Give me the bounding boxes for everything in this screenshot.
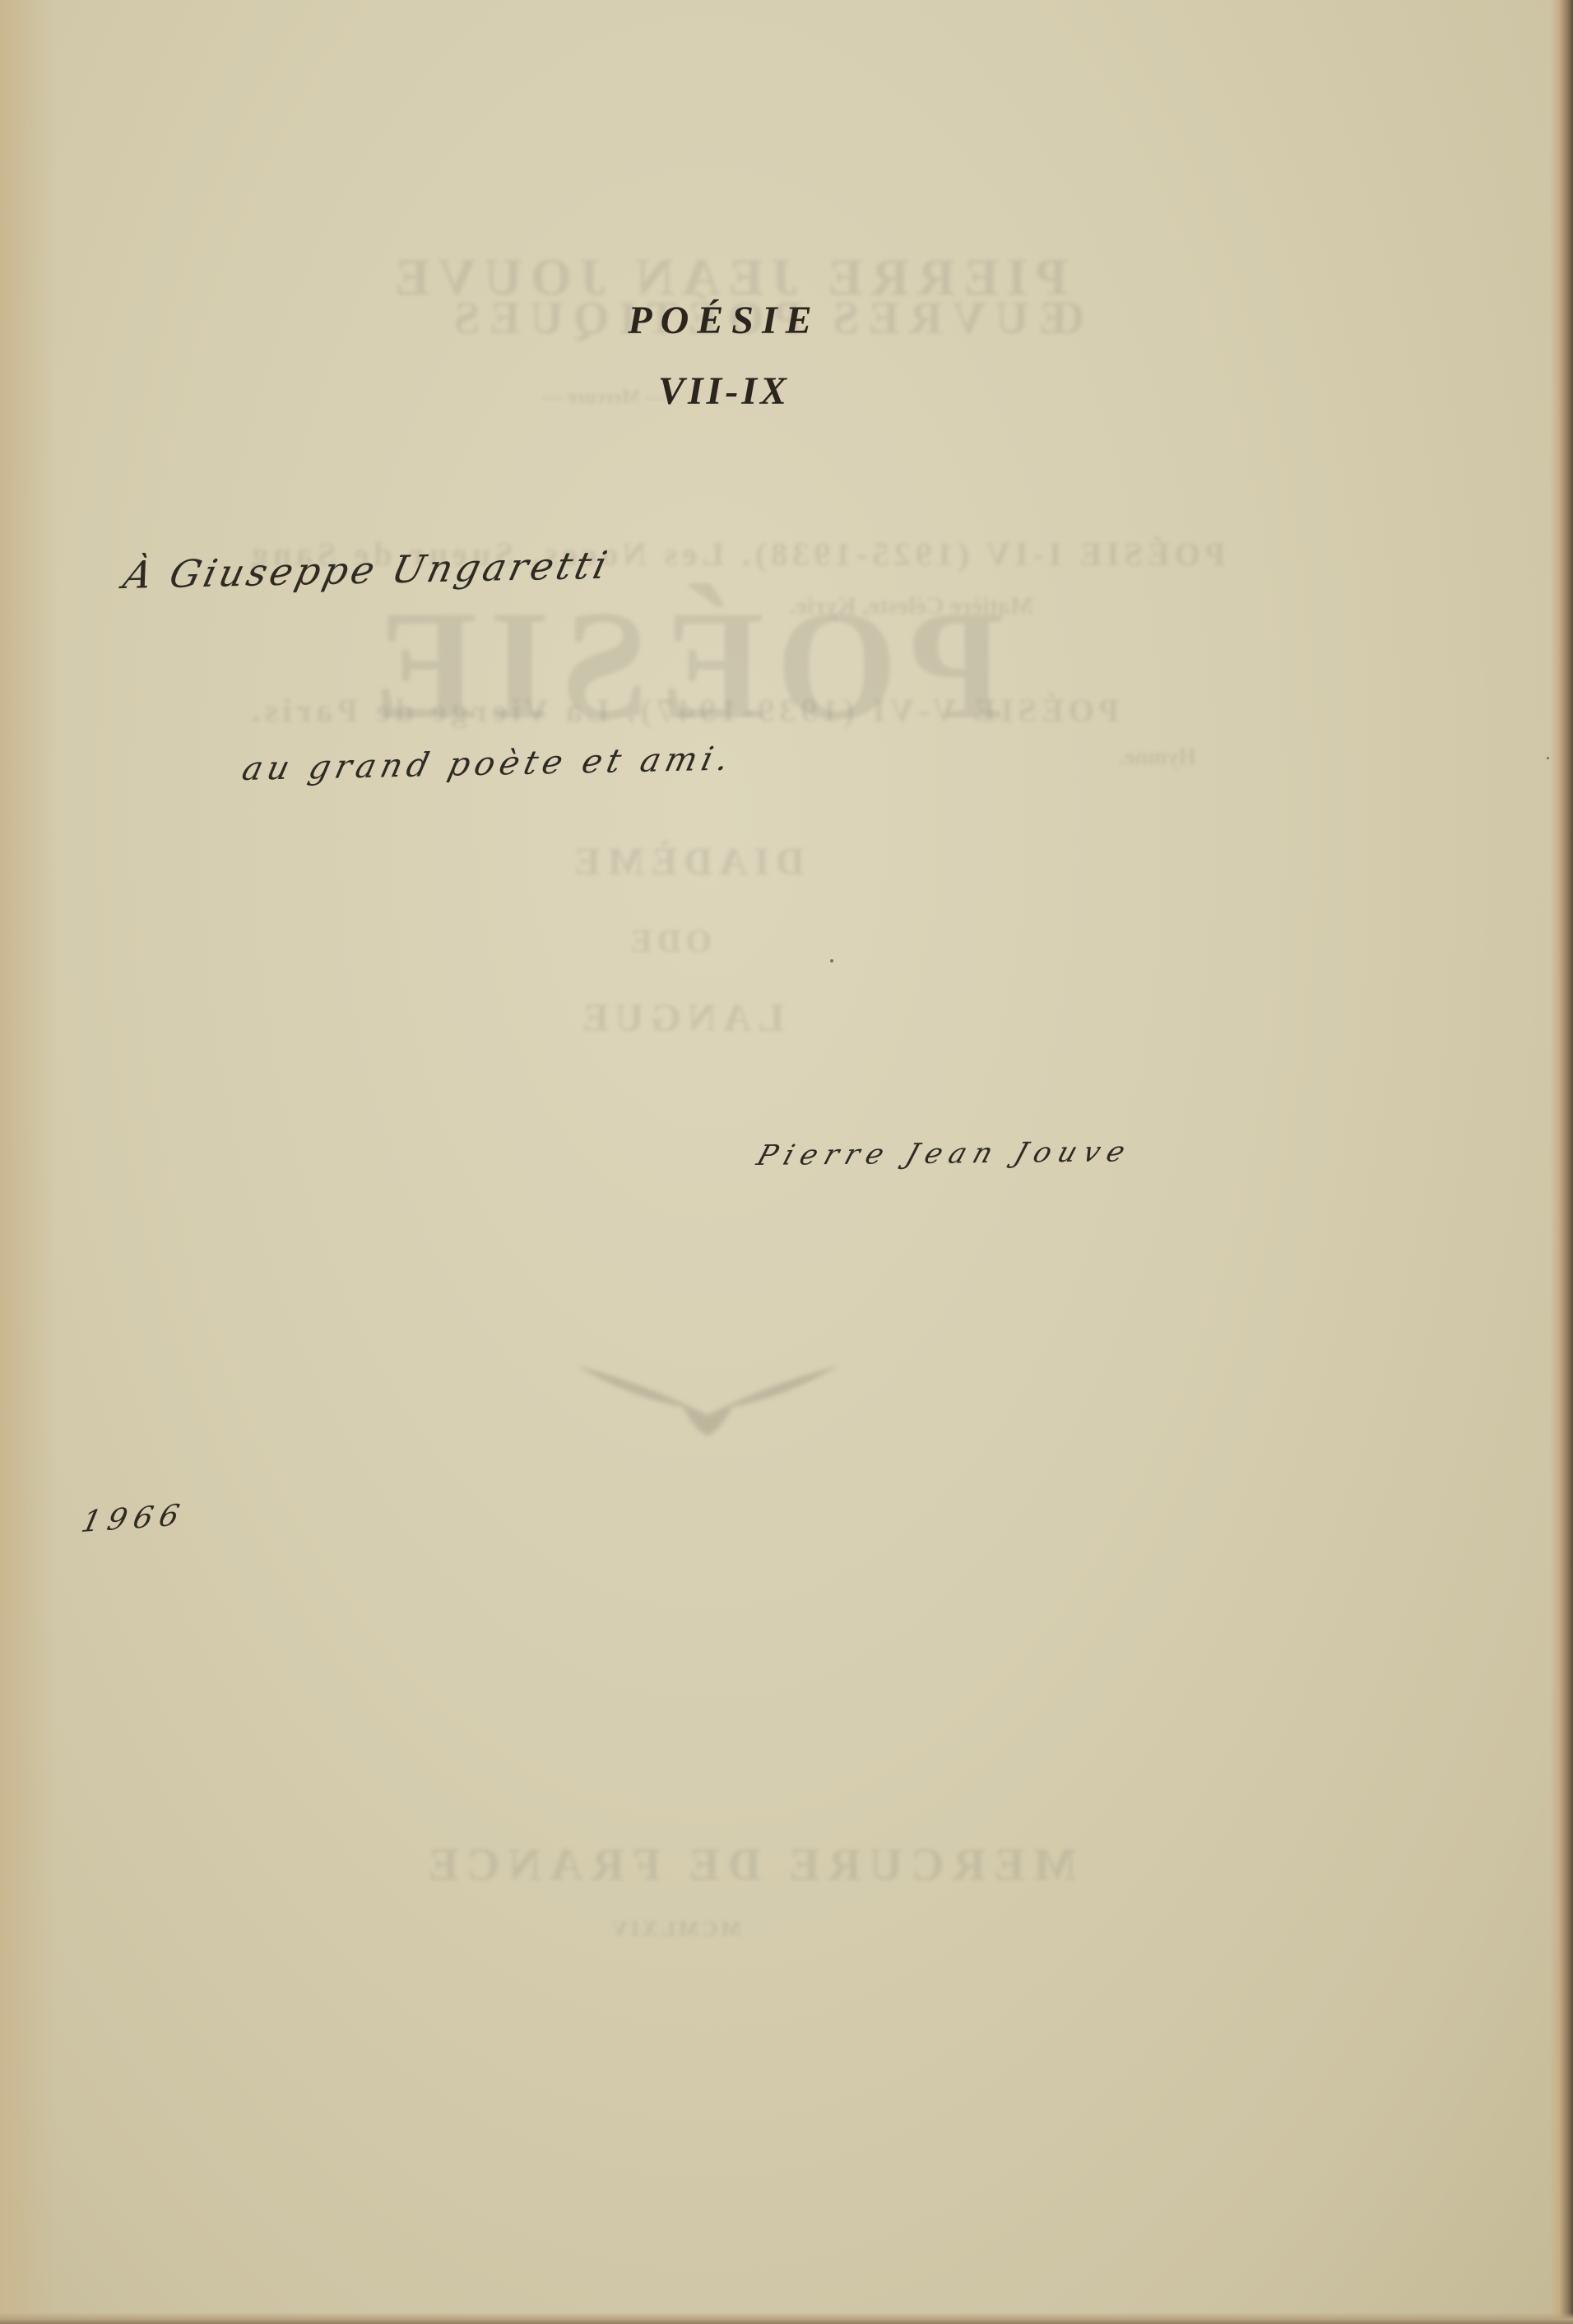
page-edge-right — [1550, 0, 1573, 2324]
showthrough-langue: LANGUE — [576, 995, 784, 1041]
showthrough-volume-2-sub: Hymne. — [1119, 745, 1196, 771]
book-page: PIERRE JEAN JOUVE ŒUVRES POÉTIQUES — Mer… — [0, 0, 1573, 2324]
page-title: POÉSIE — [0, 296, 1448, 346]
showthrough-ode: ODE — [625, 921, 712, 960]
volume-range: VII-IX — [0, 367, 1448, 416]
showthrough-year: MCMLXIV — [609, 1917, 741, 1941]
author-signature: Pierre Jean Jouve — [753, 1135, 1136, 1172]
showthrough-ornament-icon — [568, 1349, 847, 1440]
showthrough-volume-2: POÉSIE V-VI (1939-1947). La Vierge de Pa… — [247, 691, 1119, 730]
inscription-date: 1966 — [78, 1498, 189, 1539]
paper-speck — [830, 959, 833, 963]
title-block: POÉSIE VII-IX — [0, 296, 1448, 416]
dedication-message: au grand poète et ami. — [239, 740, 737, 788]
paper-speck — [1547, 757, 1549, 759]
showthrough-diademe: DIADÈME — [568, 839, 805, 884]
page-edge-bottom — [0, 2312, 1573, 2324]
showthrough-publisher: MERCURE DE FRANCE — [420, 1839, 1076, 1891]
